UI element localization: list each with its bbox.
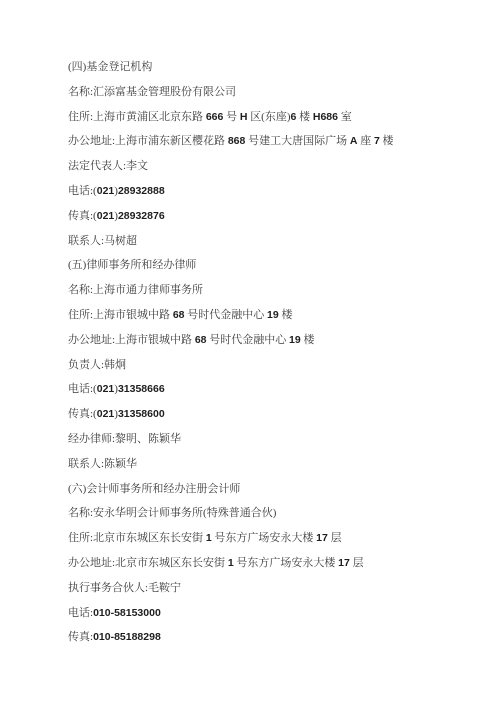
section-heading: (五)律师事务所和经办律师 [68, 253, 470, 278]
field-contact-person-line: 联系人:陈颖华 [68, 452, 470, 477]
field-office-address-line: 办公地址:上海市银城中路 68 号时代金融中心 19 楼 [68, 328, 470, 353]
field-fax-line: 传真:010-85188298 [68, 625, 470, 650]
field-name-line: 名称:上海市通力律师事务所 [68, 278, 470, 303]
field-name-line: 名称:汇添富基金管理股份有限公司 [68, 80, 470, 105]
field-phone-line: 电话:(021)31358666 [68, 377, 470, 402]
field-office-address-line: 办公地址:上海市浦东新区樱花路 868 号建工大唐国际广场 A 座 7 楼 [68, 129, 470, 154]
field-registered-address-line: 住所:上海市银城中路 68 号时代金融中心 19 楼 [68, 303, 470, 328]
field-contact-person-line: 联系人:马树超 [68, 229, 470, 254]
field-fax-line: 传真:(021)28932876 [68, 204, 470, 229]
document-page: (四)基金登记机构 名称:汇添富基金管理股份有限公司 住所:上海市黄浦区北京东路… [0, 0, 500, 707]
field-handling-lawyers-line: 经办律师:黎明、陈颖华 [68, 427, 470, 452]
field-name-line: 名称:安永华明会计师事务所(特殊普通合伙) [68, 501, 470, 526]
field-registered-address-line: 住所:北京市东城区东长安街 1 号东方广场安永大楼 17 层 [68, 526, 470, 551]
field-fax-line: 传真:(021)31358600 [68, 402, 470, 427]
field-responsible-person-line: 负责人:韩炯 [68, 353, 470, 378]
section-heading: (六)会计师事务所和经办注册会计师 [68, 477, 470, 502]
field-registered-address-line: 住所:上海市黄浦区北京东路 666 号 H 区(东座)6 楼 H686 室 [68, 105, 470, 130]
section-fund-registrar: (四)基金登记机构 名称:汇添富基金管理股份有限公司 住所:上海市黄浦区北京东路… [68, 55, 470, 253]
field-office-address-line: 办公地址:北京市东城区东长安街 1 号东方广场安永大楼 17 层 [68, 551, 470, 576]
field-phone-line: 电话:010-58153000 [68, 601, 470, 626]
section-law-firm: (五)律师事务所和经办律师 名称:上海市通力律师事务所 住所:上海市银城中路 6… [68, 253, 470, 476]
field-executive-partner-line: 执行事务合伙人:毛鞍宁 [68, 576, 470, 601]
field-legal-representative-line: 法定代表人:李文 [68, 154, 470, 179]
section-heading: (四)基金登记机构 [68, 55, 470, 80]
field-phone-line: 电话:(021)28932888 [68, 179, 470, 204]
section-accounting-firm: (六)会计师事务所和经办注册会计师 名称:安永华明会计师事务所(特殊普通合伙) … [68, 477, 470, 651]
